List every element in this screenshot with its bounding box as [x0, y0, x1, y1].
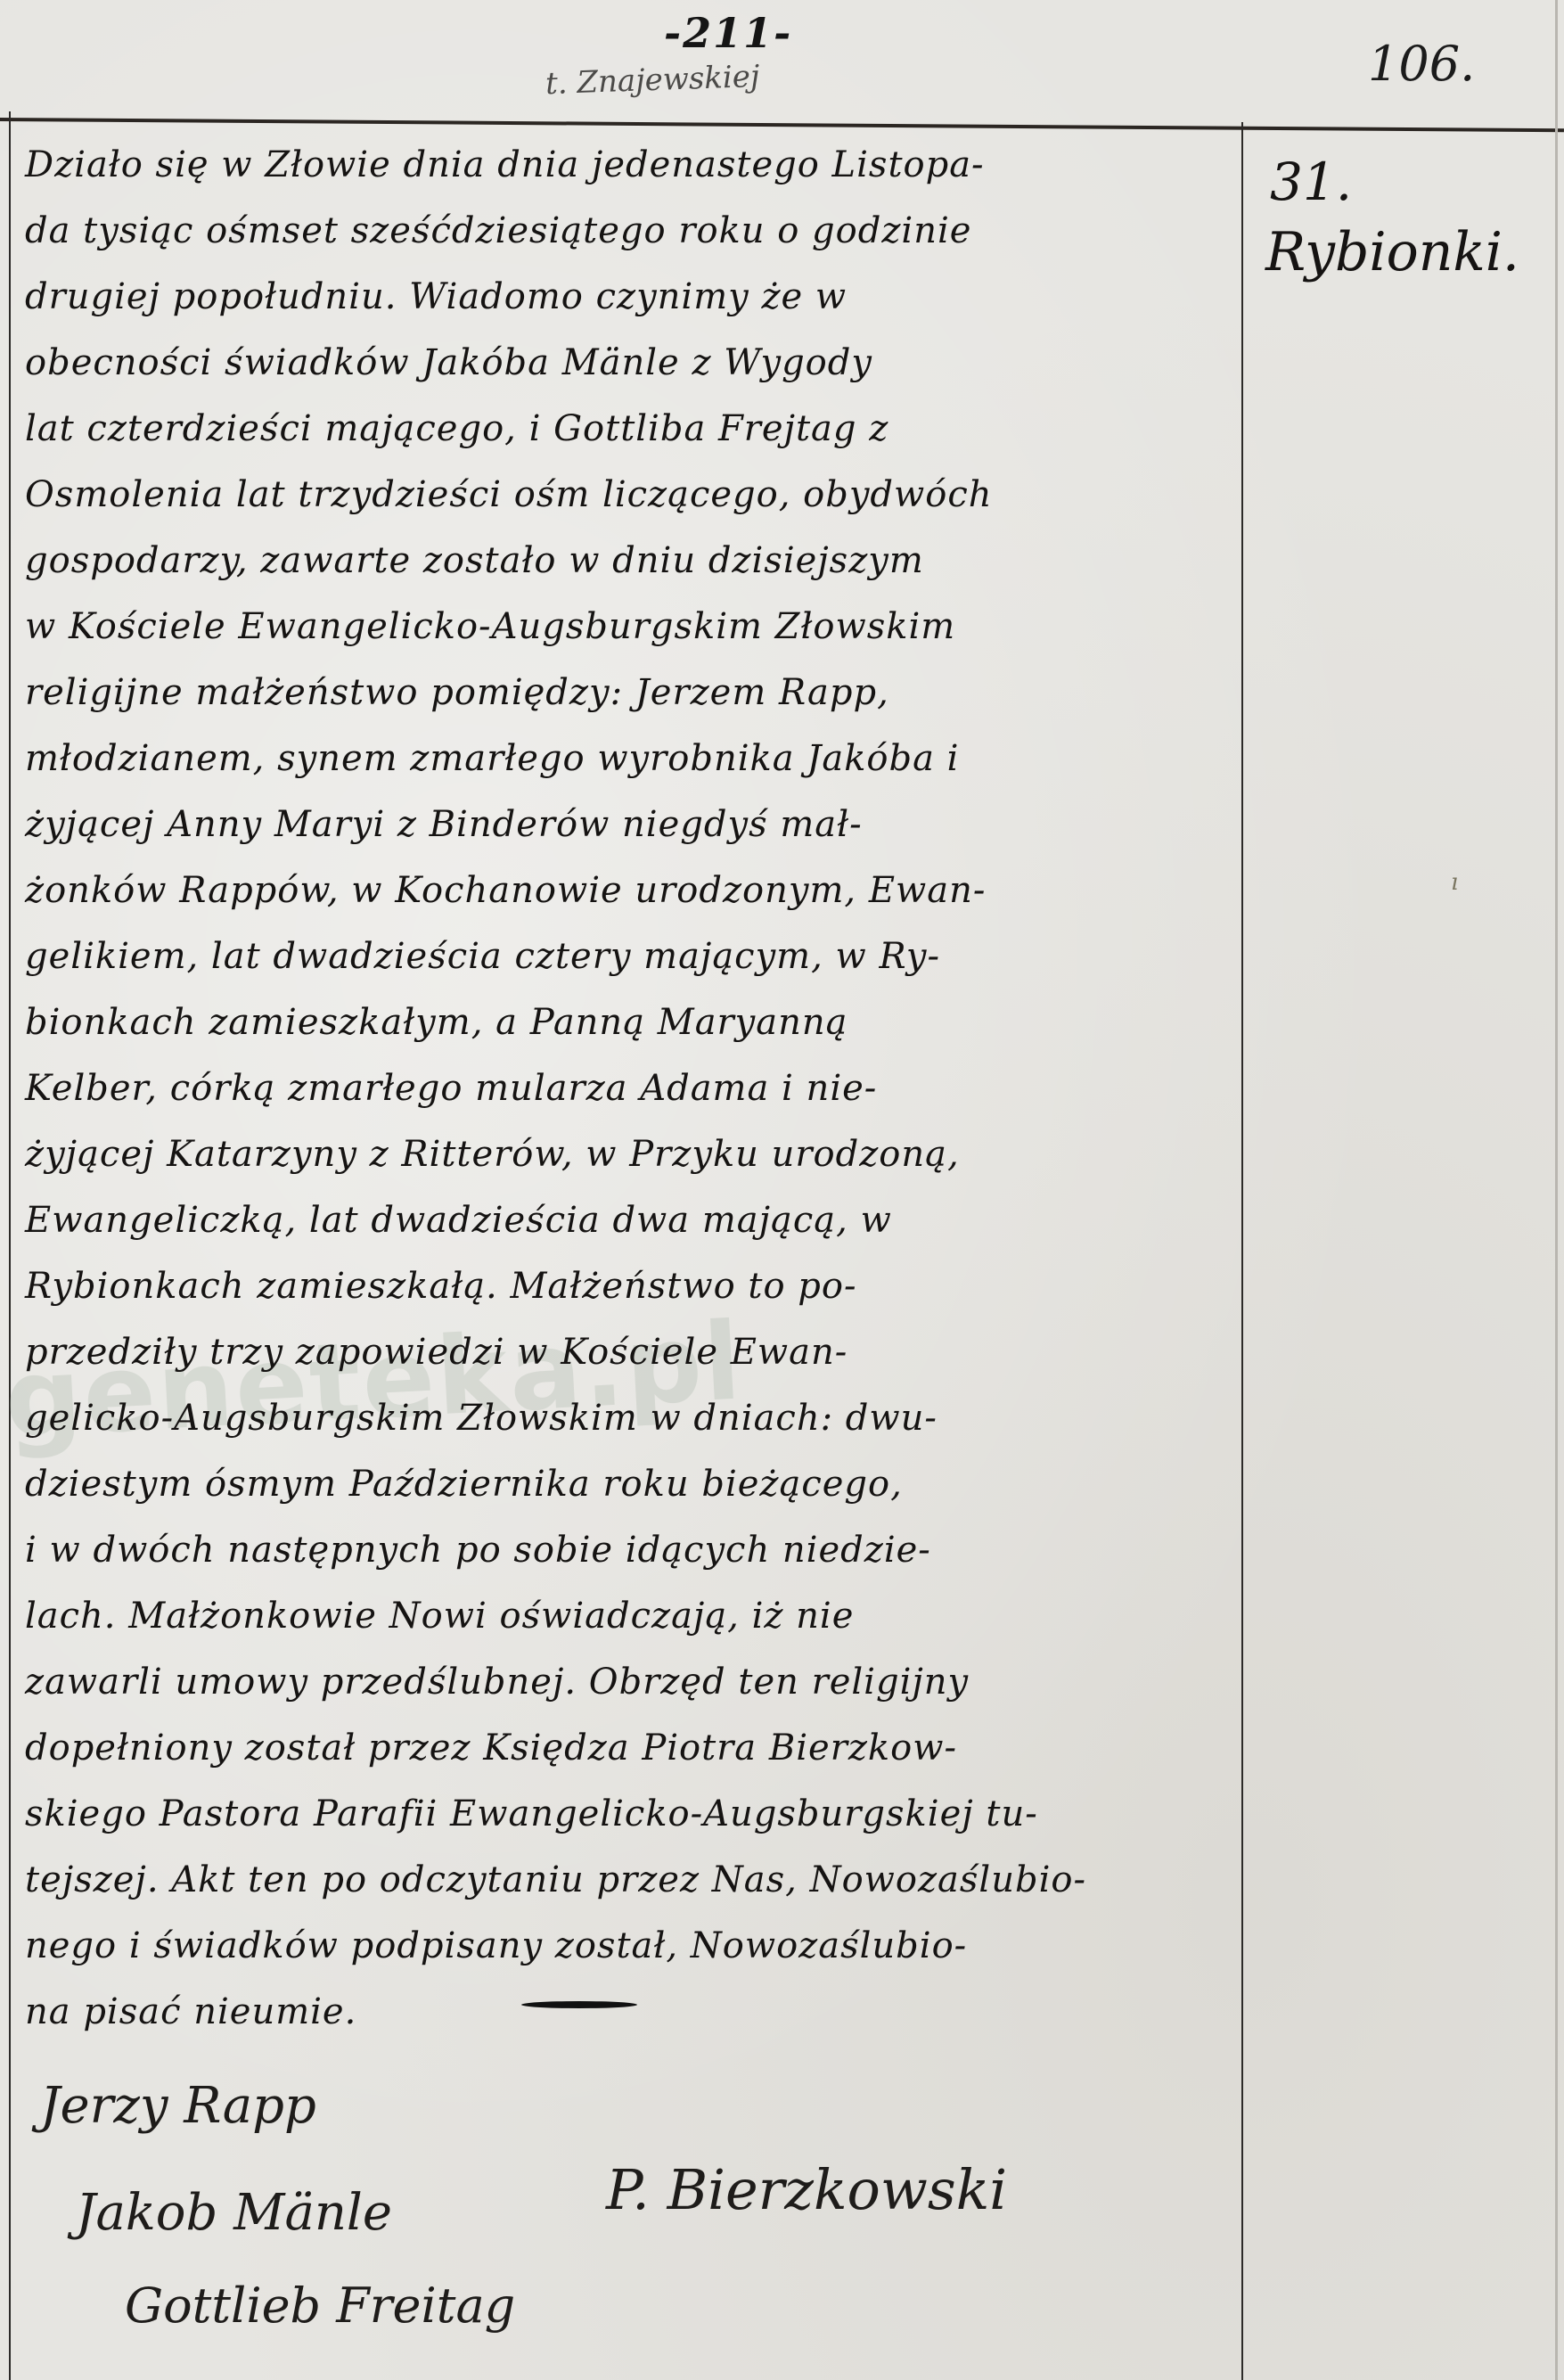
margin-column: 31. Rybionki.: [1252, 152, 1551, 283]
text-line: Kelber, córką zmarłego mularza Adama i n…: [25, 1062, 1232, 1115]
text-line: żyjącej Anny Maryi z Binderów niegdyś ma…: [25, 798, 1232, 851]
text-line: dopełniony został przez Księdza Piotra B…: [25, 1721, 1232, 1775]
text-line: skiego Pastora Parafii Ewangelicko-Augsb…: [25, 1787, 1232, 1841]
text-line: tejszej. Akt ten po odczytaniu przez Nas…: [25, 1853, 1232, 1907]
margin-mark: ı: [1451, 869, 1470, 896]
text-line: Osmolenia lat trzydzieści ośm liczącego,…: [25, 468, 1232, 521]
record-number: 31.: [1270, 152, 1551, 212]
text-line: Działo się w Złowie dnia dnia jedenasteg…: [25, 138, 1232, 192]
header-rule: [0, 118, 1564, 132]
text-line: żonków Rappów, w Kochanowie urodzonym, E…: [25, 864, 1232, 917]
village-name: Rybionki.: [1265, 221, 1551, 283]
text-line: zawarli umowy przedślubnej. Obrzęd ten r…: [25, 1655, 1232, 1709]
text-line: dziestym ósmym Października roku bieżące…: [25, 1457, 1232, 1511]
signature-pastor: P. Bierzkowski: [606, 2157, 1007, 2222]
text-line: drugiej popołudniu. Wiadomo czynimy że w: [25, 270, 1232, 324]
page-edge: [1555, 0, 1558, 2380]
text-line: da tysiąc ośmset sześćdziesiątego roku o…: [25, 204, 1232, 258]
text-line: bionkach zamieszkałym, a Panną Maryanną: [25, 996, 1232, 1049]
signature-witness-1: Jakob Mänle: [76, 2184, 392, 2242]
text-line: religijne małżeństwo pomiędzy: Jerzem Ra…: [25, 666, 1232, 719]
folio-number: 106.: [1368, 36, 1475, 92]
text-line: gelicko-Augsburgskim Złowskim w dniach: …: [25, 1391, 1232, 1445]
signature-groom: Jerzy Rapp: [40, 2077, 316, 2135]
page-number: -211-: [664, 9, 792, 57]
signature-witness-2: Gottlieb Freitag: [125, 2277, 515, 2334]
text-line: i w dwóch następnych po sobie idących ni…: [25, 1523, 1232, 1577]
archive-stamp: t. Znajewskiej: [545, 59, 760, 102]
text-line: na pisać nieumie.: [25, 1985, 1232, 2039]
text-line: nego i świadków podpisany został, Nowoza…: [25, 1919, 1232, 1973]
text-line: obecności świadków Jakóba Mänle z Wygody: [25, 336, 1232, 390]
register-page: -211- t. Znajewskiej 106. geneteka.pl Dz…: [0, 0, 1564, 2380]
text-line: lach. Małżonkowie Nowi oświadczają, iż n…: [25, 1589, 1232, 1643]
text-line: Ewangeliczką, lat dwadzieścia dwa mającą…: [25, 1194, 1232, 1247]
text-line: przedziły trzy zapowiedzi w Kościele Ewa…: [25, 1325, 1232, 1379]
text-line: żyjącej Katarzyny z Ritterów, w Przyku u…: [25, 1128, 1232, 1181]
text-line: lat czterdzieści mającego, i Gottliba Fr…: [25, 402, 1232, 455]
text-line: młodzianem, synem zmarłego wyrobnika Jak…: [25, 732, 1232, 785]
text-line: Rybionkach zamieszkałą. Małżeństwo to po…: [25, 1260, 1232, 1313]
text-line: gelikiem, lat dwadzieścia cztery mającym…: [25, 930, 1232, 983]
text-line: w Kościele Ewangelicko-Augsburgskim Złow…: [25, 600, 1232, 653]
text-line: gospodarzy, zawarte zostało w dniu dzisi…: [25, 534, 1232, 587]
closing-flourish: [521, 2001, 637, 2008]
column-divider: [1241, 122, 1243, 2380]
left-margin-rule: [9, 111, 11, 2380]
